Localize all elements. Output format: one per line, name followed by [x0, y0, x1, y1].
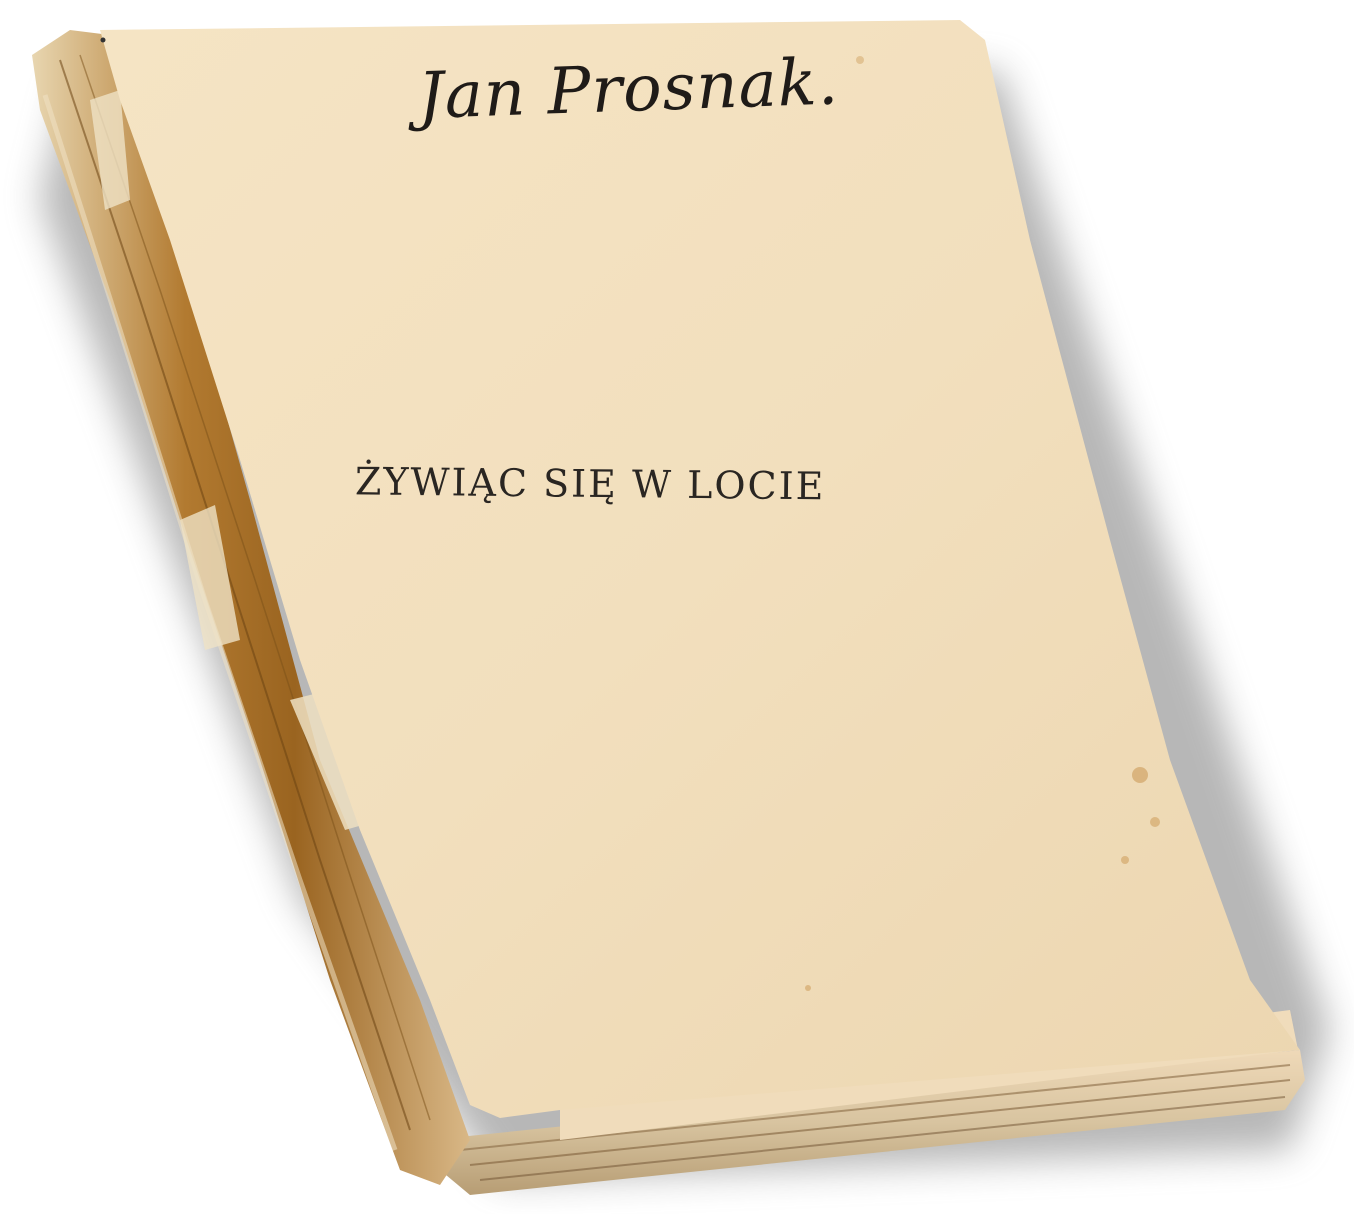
book-illustration [0, 0, 1354, 1214]
book-photo: Jan Prosnak. ŻYWIĄC SIĘ W LOCIE [0, 0, 1354, 1214]
book-title: ŻYWIĄC SIĘ W LOCIE [355, 459, 855, 508]
